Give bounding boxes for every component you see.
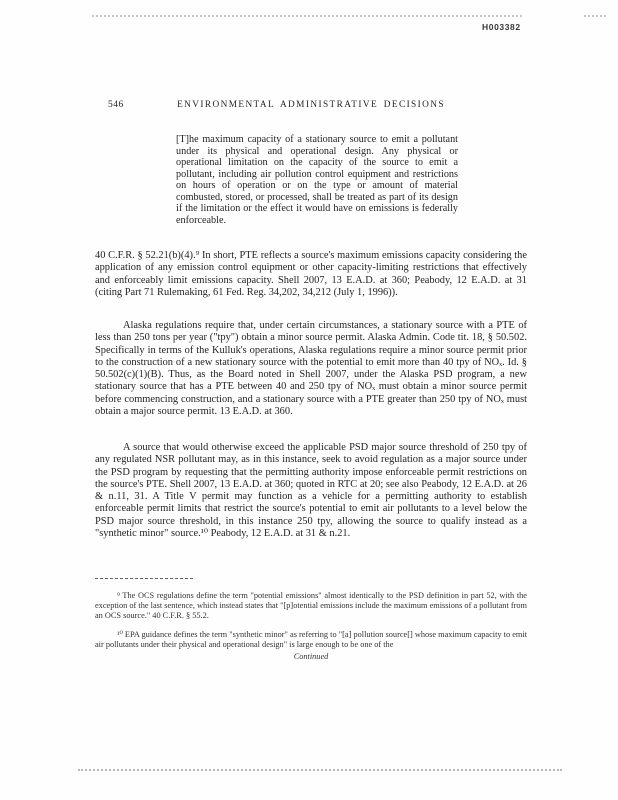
footnote-continued-label: Continued <box>95 652 527 661</box>
regulation-blockquote: [T]he maximum capacity of a stationary s… <box>176 134 458 226</box>
document-stamp: H003382 <box>482 22 521 32</box>
scanner-dots-bottom <box>78 769 562 771</box>
running-head: 546 ENVIRONMENTAL ADMINISTRATIVE DECISIO… <box>95 100 527 110</box>
scan-content-layer: H003382 546 ENVIRONMENTAL ADMINISTRATIVE… <box>0 0 618 800</box>
page-number: 546 <box>108 100 124 110</box>
body-paragraph-1: 40 C.F.R. § 52.21(b)(4).⁹ In short, PTE … <box>95 250 527 299</box>
footnote-separator-rule <box>95 578 193 579</box>
footnote-9: ⁹ The OCS regulations define the term "p… <box>95 591 527 622</box>
body-paragraph-3: A source that would otherwise exceed the… <box>95 442 527 540</box>
footnote-10: ¹⁰ EPA guidance defines the term "synthe… <box>95 630 527 650</box>
scanner-dots-top <box>92 15 522 17</box>
scanner-dots-top-right <box>584 15 606 17</box>
scanned-document-page: H003382 546 ENVIRONMENTAL ADMINISTRATIVE… <box>0 0 618 800</box>
body-paragraph-2: Alaska regulations require that, under c… <box>95 320 527 418</box>
running-head-title: ENVIRONMENTAL ADMINISTRATIVE DECISIONS <box>95 100 527 110</box>
